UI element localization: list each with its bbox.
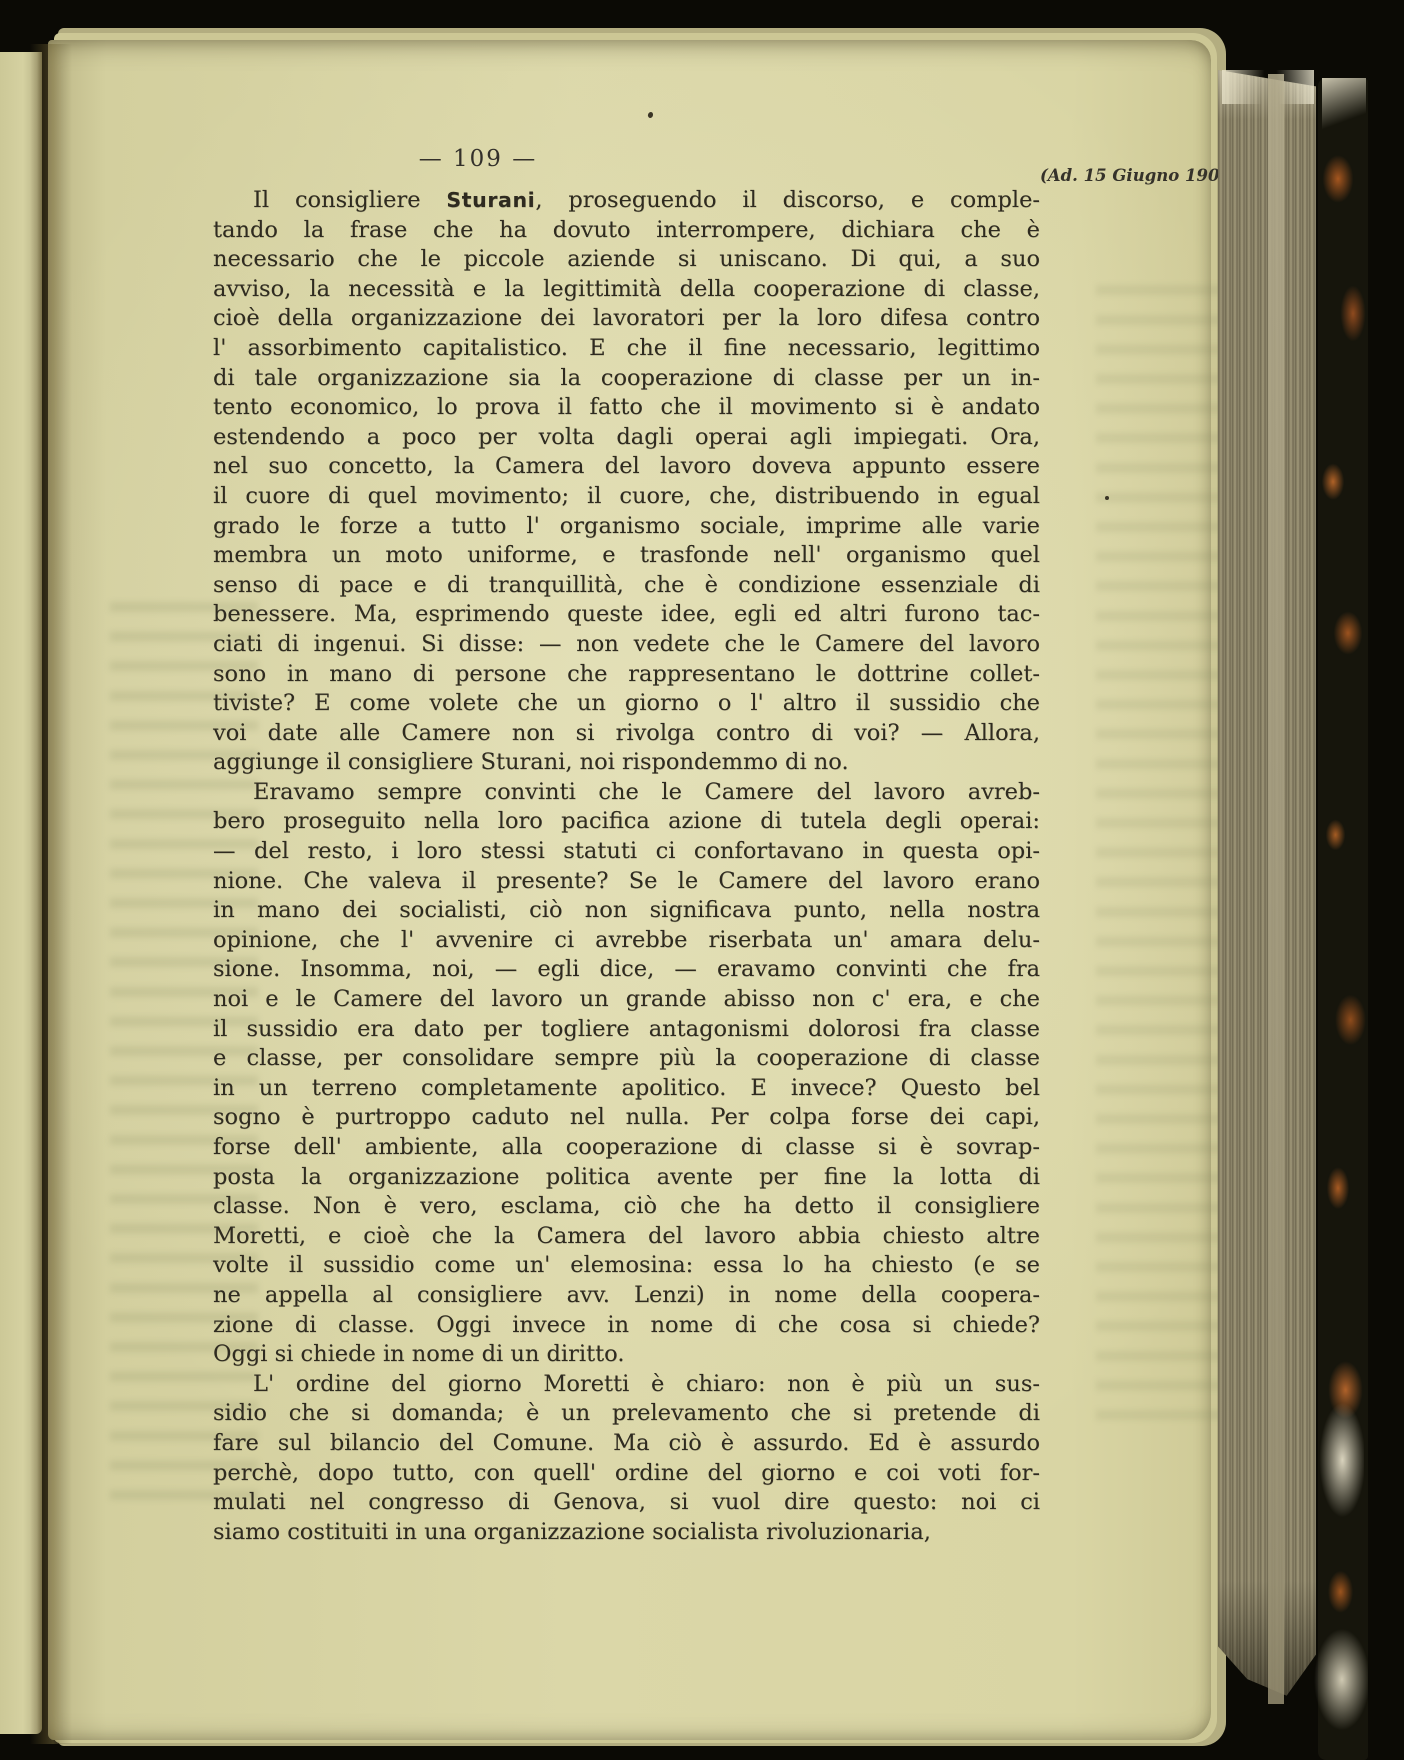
cover-tear-patch [1310, 1622, 1368, 1737]
text-line: Oggi si chiede in nome di un diritto. [213, 1340, 1040, 1370]
text-line: l' assorbimento capitalistico. E che il … [213, 334, 1040, 364]
speaker-name-sturani: Sturani [446, 188, 535, 212]
text-line: in un terreno completamente apolitico. E… [213, 1074, 1040, 1104]
text-line: mulati nel congresso di Genova, si vuol … [213, 1488, 1040, 1518]
text-line: Il consigliere Sturani, proseguendo il d… [213, 186, 1040, 216]
cover-top-highlight [1322, 78, 1366, 136]
text-line: L' ordine del giorno Moretti è chiaro: n… [213, 1370, 1040, 1400]
fore-edge-top-highlight [1222, 70, 1314, 104]
text-line: opinione, che l' avvenire ci avrebbe ris… [213, 926, 1040, 956]
text-line: ne appella al consigliere avv. Lenzi) in… [213, 1281, 1040, 1311]
text-line: benessere. Ma, esprimendo queste idee, e… [213, 600, 1040, 630]
cover-tear-patch [1316, 1395, 1364, 1525]
text-line: necessario che le piccole aziende si uni… [213, 245, 1040, 275]
text-line: nione. Che valeva il presente? Se le Cam… [213, 867, 1040, 897]
text-line: sidio che si domanda; è un prelevamento … [213, 1399, 1040, 1429]
text-line: avviso, la necessità e la legittimità de… [213, 275, 1040, 305]
margin-date-note: (Ad. 15 Giugno 1905). [1040, 166, 1244, 185]
text-line: estendendo a poco per volta dagli operai… [213, 423, 1040, 453]
book-fore-edge-pages [1218, 70, 1316, 1712]
text-line: nel suo concetto, la Camera del lavoro d… [213, 452, 1040, 482]
text-line: ciati di ingenui. Si disse: — non vedete… [213, 630, 1040, 660]
scanned-book-photo: — 109 — (Ad. 15 Giugno 1905). Il consigl… [0, 0, 1404, 1760]
text-line: sogno è purtroppo caduto nel nulla. Per … [213, 1103, 1040, 1133]
text-line: voi date alle Camere non si rivolga cont… [213, 719, 1040, 749]
text-line: sione. Insomma, noi, — egli dice, — erav… [213, 955, 1040, 985]
text-line: membra un moto uniforme, e trasfonde nel… [213, 541, 1040, 571]
text-line: Moretti, e cioè che la Camera del lavoro… [213, 1222, 1040, 1252]
text-line: il sussidio era dato per togliere antago… [213, 1015, 1040, 1045]
text-line: tiviste? E come volete che un giorno o l… [213, 689, 1040, 719]
text-line: aggiunge il consigliere Sturani, noi ris… [213, 748, 1040, 778]
text-line: fare sul bilancio del Comune. Ma ciò è a… [213, 1429, 1040, 1459]
text-line: bero proseguito nella loro pacifica azio… [213, 807, 1040, 837]
text-line: cioè della organizzazione dei lavoratori… [213, 304, 1040, 334]
text-line: zione di classe. Oggi invece in nome di … [213, 1311, 1040, 1341]
text-line: perchè, dopo tutto, con quell' ordine de… [213, 1459, 1040, 1489]
text-line: noi e le Camere del lavoro un grande abi… [213, 985, 1040, 1015]
book-page: — 109 — (Ad. 15 Giugno 1905). Il consigl… [48, 40, 1211, 1740]
text-line: forse dell' ambiente, alla cooperazione … [213, 1133, 1040, 1163]
text-line: e classe, per consolidare sempre più la … [213, 1044, 1040, 1074]
text-line: siamo costituiti in una organizzazione s… [213, 1518, 1040, 1548]
text-line: tando la frase che ha dovuto interromper… [213, 216, 1040, 246]
text-line: posta la organizzazione politica avente … [213, 1163, 1040, 1193]
text-line: sono in mano di persone che rappresentan… [213, 660, 1040, 690]
opposite-leaf-edge [0, 52, 42, 1734]
text-line: grado le forze a tutto l' organismo soci… [213, 512, 1040, 542]
text-line: classe. Non è vero, esclama, ciò che ha … [213, 1192, 1040, 1222]
text-line: di tale organizzazione sia la cooperazio… [213, 364, 1040, 394]
text-line: il cuore di quel movimento; il cuore, ch… [213, 482, 1040, 512]
ink-speck [1105, 496, 1109, 500]
text-line: senso di pace e di tranquillità, che è c… [213, 571, 1040, 601]
page-number-header: — 109 — [328, 146, 628, 172]
text-line: volte il sussidio come un' elemosina: es… [213, 1251, 1040, 1281]
text-line: tento economico, lo prova il fatto che i… [213, 393, 1040, 423]
text-line: in mano dei socialisti, ciò non signific… [213, 896, 1040, 926]
text-line: — del resto, i loro stessi statuti ci co… [213, 837, 1040, 867]
fore-edge-light-strip [1268, 74, 1284, 1704]
text-block: Il consigliere Sturani, proseguendo il d… [213, 186, 1040, 1547]
text-line: Eravamo sempre convinti che le Camere de… [213, 778, 1040, 808]
